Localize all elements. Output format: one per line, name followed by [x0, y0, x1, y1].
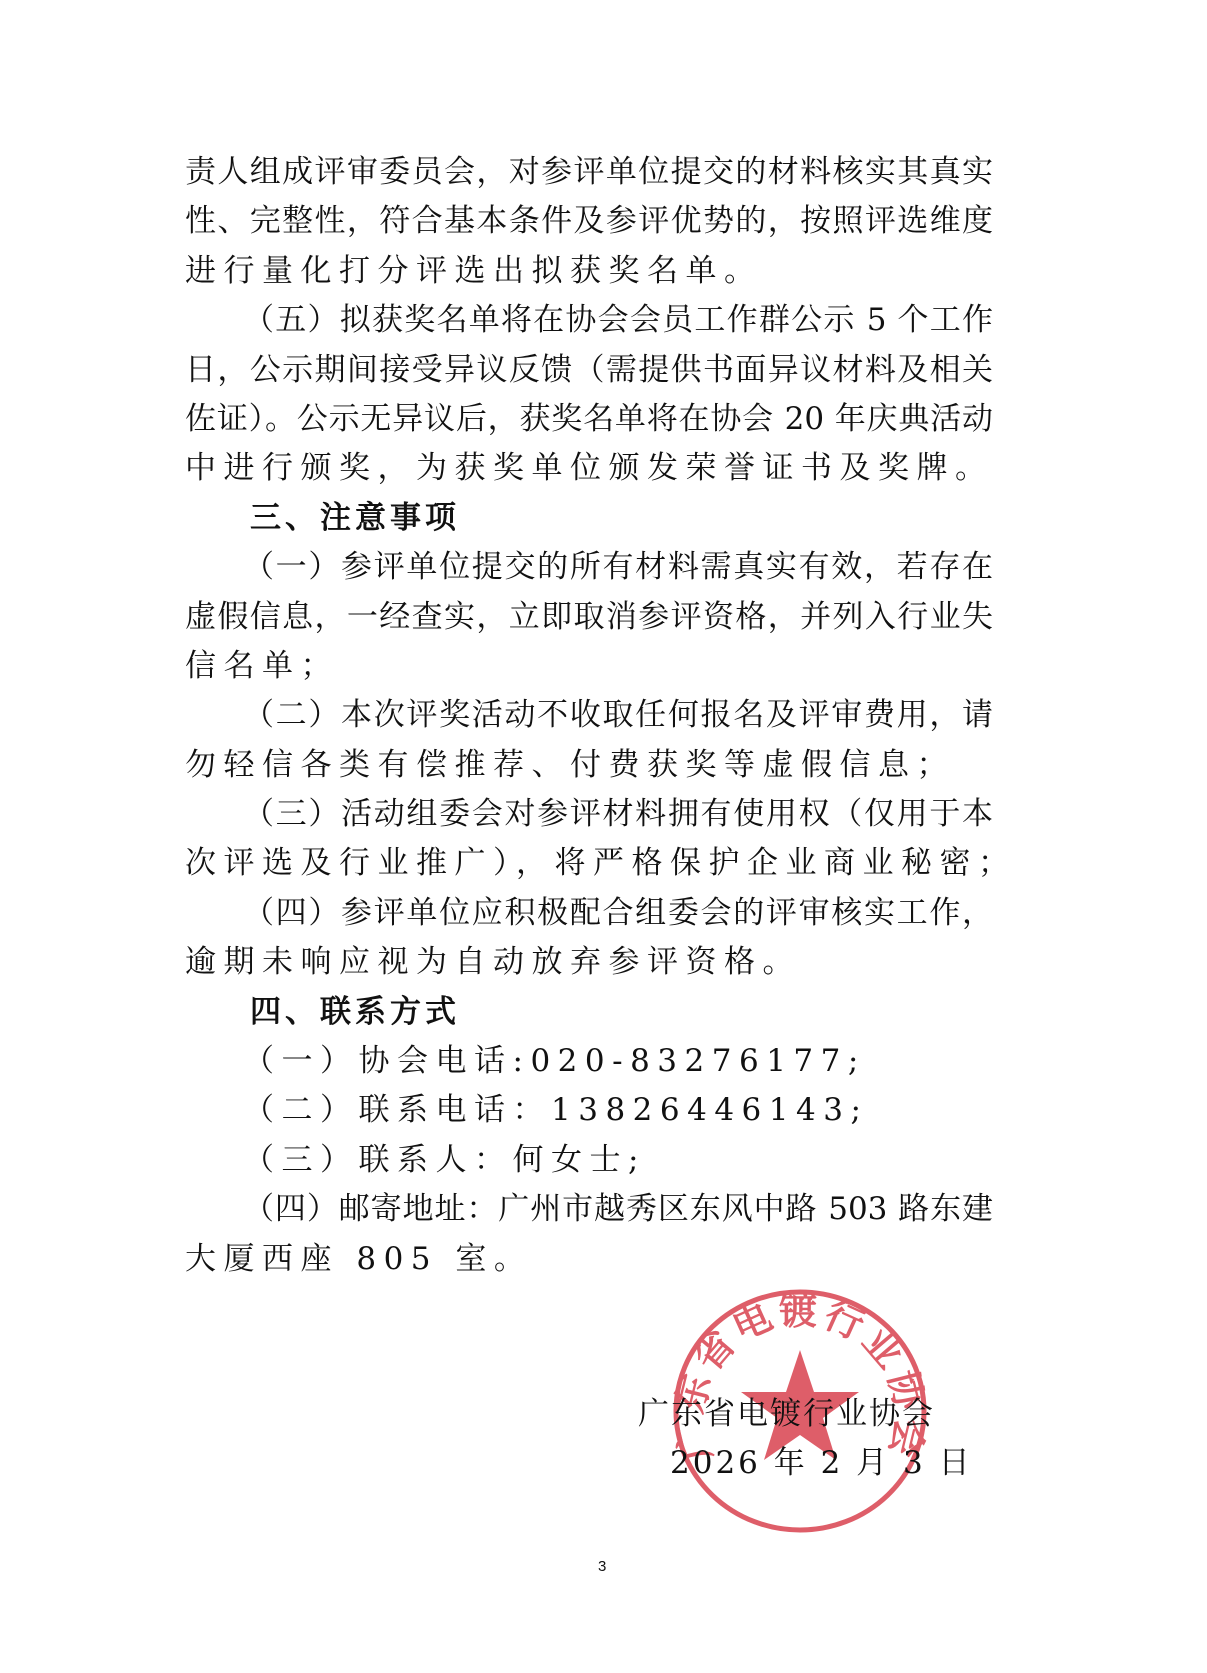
- item-line: （四）参评单位应积极配合组委会的评审核实工作，: [185, 889, 993, 938]
- body-line: 责人组成评审委员会，对参评单位提交的材料核实其真实: [185, 148, 993, 197]
- signature-date: 2026 年 2 月 3 日: [638, 1439, 938, 1488]
- item-line: （二）本次评奖活动不收取任何报名及评审费用，请: [185, 691, 993, 740]
- page-number: 3: [598, 1558, 606, 1575]
- item-line: 中进行颁奖，为获奖单位颁发荣誉证书及奖牌。: [185, 444, 993, 493]
- contact-address-cont: 大厦西座 805 室。: [185, 1235, 993, 1284]
- item-line: （三）活动组委会对参评材料拥有使用权（仅用于本: [185, 790, 993, 839]
- section-heading-notes: 三、注意事项: [185, 494, 993, 543]
- body-line: 性、完整性，符合基本条件及参评优势的，按照评选维度: [185, 197, 993, 246]
- contact-association-phone: （一）协会电话:020-83276177;: [185, 1037, 993, 1086]
- item-line: （五）拟获奖名单将在协会会员工作群公示 5 个工作: [185, 296, 993, 345]
- document-page: 责人组成评审委员会，对参评单位提交的材料核实其真实 性、完整性，符合基本条件及参…: [0, 0, 1207, 1673]
- item-line: 勿轻信各类有偿推荐、付费获奖等虚假信息；: [185, 741, 993, 790]
- signature-block: 广东省电镀行业协会 2026 年 2 月 3 日: [638, 1390, 938, 1488]
- body-line: 进行量化打分评选出拟获奖名单。: [185, 247, 993, 296]
- contact-person: （三）联系人：何女士;: [185, 1136, 993, 1185]
- item-line: 逾期未响应视为自动放弃参评资格。: [185, 938, 993, 987]
- item-line: 信名单；: [185, 642, 993, 691]
- item-line: 虚假信息，一经查实，立即取消参评资格，并列入行业失: [185, 593, 993, 642]
- document-body: 责人组成评审委员会，对参评单位提交的材料核实其真实 性、完整性，符合基本条件及参…: [185, 148, 993, 1284]
- section-heading-contact: 四、联系方式: [185, 988, 993, 1037]
- item-line: （一）参评单位提交的所有材料需真实有效，若存在: [185, 543, 993, 592]
- contact-address: （四）邮寄地址：广州市越秀区东风中路 503 路东建: [185, 1185, 993, 1234]
- contact-phone: （二）联系电话：13826446143;: [185, 1086, 993, 1135]
- item-line: 佐证）。公示无异议后，获奖名单将在协会 20 年庆典活动: [185, 395, 993, 444]
- signature-organization: 广东省电镀行业协会: [638, 1390, 938, 1439]
- item-line: 日，公示期间接受异议反馈（需提供书面异议材料及相关: [185, 346, 993, 395]
- item-line: 次评选及行业推广），将严格保护企业商业秘密；: [185, 839, 993, 888]
